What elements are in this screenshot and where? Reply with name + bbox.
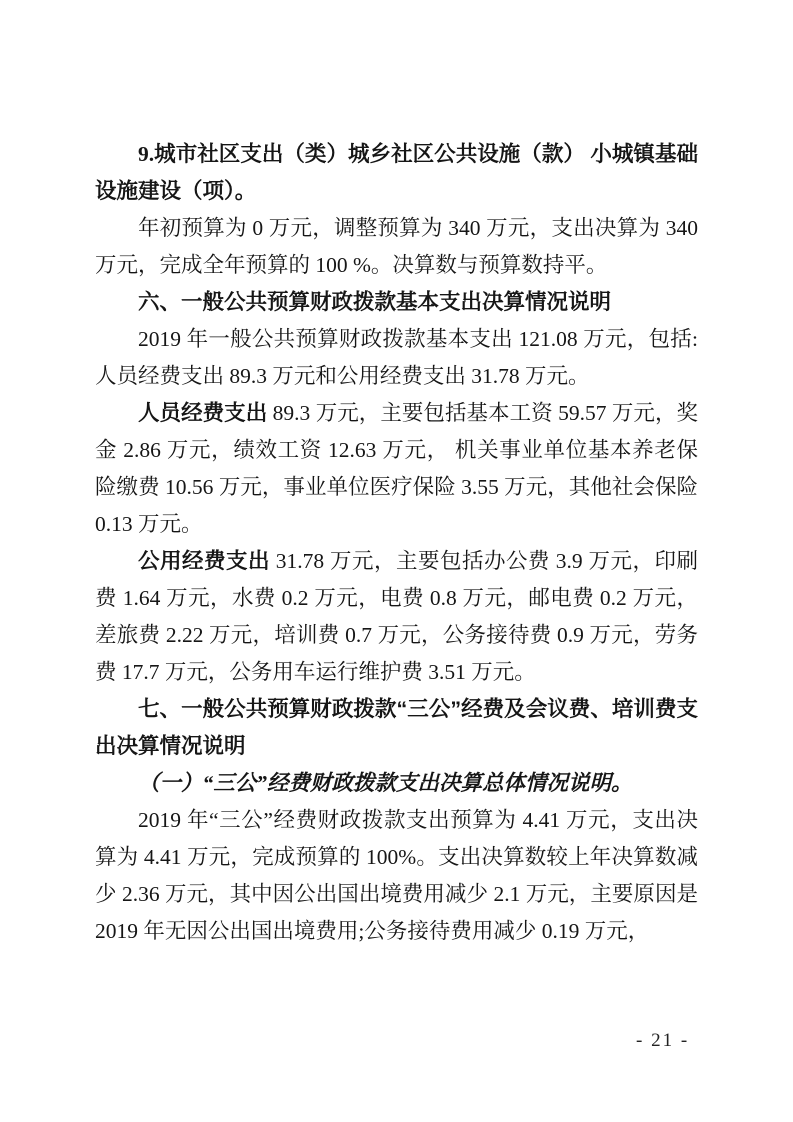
paragraph-public-expense: 公用经费支出 31.78 万元，主要包括办公费 3.9 万元，印刷费 1.64 … xyxy=(95,543,698,691)
document-page: 9.城市社区支出（类）城乡社区公共设施（款） 小城镇基础设施建设（项）。 年初预… xyxy=(0,0,793,1122)
public-expense-lead: 公用经费支出 xyxy=(138,549,270,573)
personnel-expense-lead: 人员经费支出 xyxy=(138,401,267,425)
paragraph-item-9-budget: 年初预算为 0 万元，调整预算为 340 万元，支出决算为 340 万元，完成全… xyxy=(95,210,698,284)
paragraph-personnel-expense: 人员经费支出 89.3 万元，主要包括基本工资 59.57 万元，奖金 2.86… xyxy=(95,395,698,543)
heading-section-7-sub-1: （一）“三公”经费财政拨款支出决算总体情况说明。 xyxy=(95,765,698,802)
document-content: 9.城市社区支出（类）城乡社区公共设施（款） 小城镇基础设施建设（项）。 年初预… xyxy=(95,136,698,950)
heading-item-9: 9.城市社区支出（类）城乡社区公共设施（款） 小城镇基础设施建设（项）。 xyxy=(95,136,698,210)
heading-section-7: 七、一般公共预算财政拨款“三公”经费及会议费、培训费支出决算情况说明 xyxy=(95,691,698,765)
paragraph-section-6-intro: 2019 年一般公共预算财政拨款基本支出 121.08 万元，包括:人员经费支出… xyxy=(95,321,698,395)
paragraph-sangong-expense: 2019 年“三公”经费财政拨款支出预算为 4.41 万元，支出决算为 4.41… xyxy=(95,802,698,950)
heading-section-6: 六、一般公共预算财政拨款基本支出决算情况说明 xyxy=(95,284,698,321)
page-number: - 21 - xyxy=(636,1029,689,1053)
